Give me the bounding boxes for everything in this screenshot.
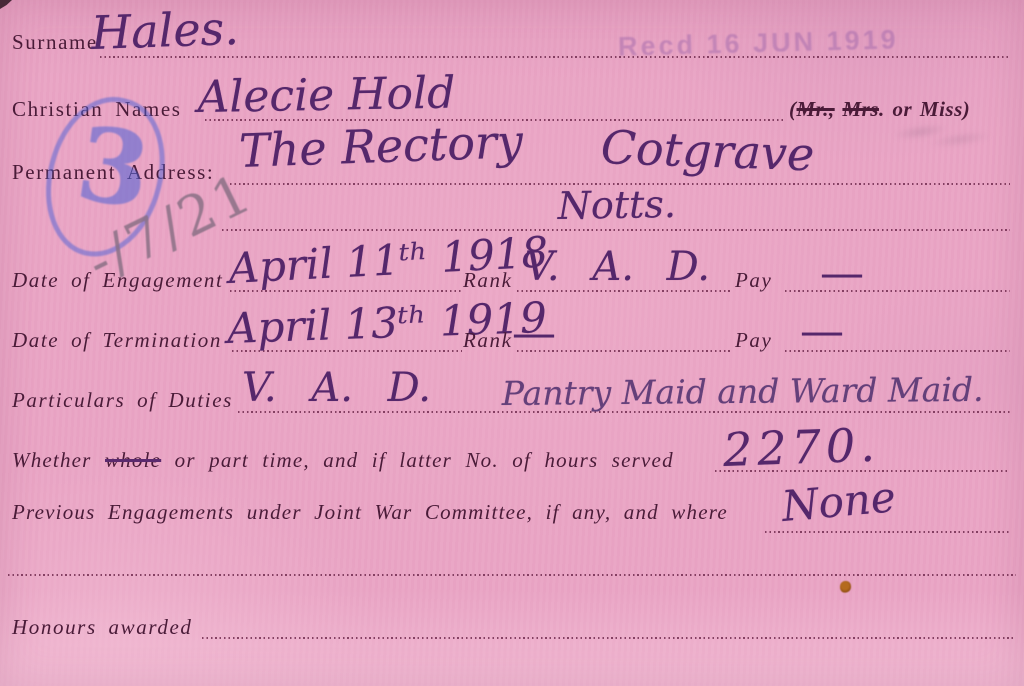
duties-label: Particulars of Duties [12,388,233,413]
title-mrs-struck: Mrs [842,97,879,121]
duties-value: Pantry Maid and Ward Maid. [502,370,984,413]
scan-corner-artifact [0,0,12,9]
part-time-label-post: or part time, and if latter No. of hours… [175,448,674,472]
termination-pay-value: — [800,306,844,357]
whole-word-struck: whole [105,448,161,472]
address-value-2: Cotgrave [600,120,815,181]
part-time-label-pre: Whether [12,448,92,472]
termination-pay-label: Pay [735,328,772,353]
termination-rank-label: Rank [463,328,513,353]
engagement-rank-label: Rank [463,268,513,293]
termination-label: Date of Termination [12,328,222,353]
previous-engagements-value: None [780,472,898,531]
engagement-pay-value: — [820,248,864,299]
record-card: Surname Hales. Recd 16 JUN 1919 Christia… [0,0,1024,686]
surname-line [100,56,1010,58]
previous-engagements-label: Previous Engagements under Joint War Com… [12,500,728,525]
previous-engagements-line [765,531,1010,533]
engagement-rank-value: V. A. D. [525,244,710,290]
christian-names-value: Alecie Hold [197,68,456,123]
address-value-3: Notts. [557,182,676,228]
engagement-pay-label: Pay [735,268,772,293]
address-line2 [222,229,1010,231]
honours-line [202,637,1016,639]
duties-rank-value: V. A. D. [242,365,431,411]
blank-line [8,574,1016,576]
part-time-label: Whether whole or part time, and if latte… [12,448,674,473]
hours-served-value: 2270. [722,418,880,477]
title-options: (Mr., Mrs. or Miss) [789,97,970,122]
surname-label: Surname [12,30,98,55]
address-value-1: The Rectory [238,114,524,178]
surname-value: Hales. [90,1,239,60]
title-miss: . or Miss) [879,97,970,121]
termination-rank-value: — [512,308,556,359]
title-mr-struck: Mr., [797,97,835,121]
engagement-line-b [517,290,730,292]
title-paren: ( [789,97,797,121]
engagement-label: Date of Engagement [12,268,223,293]
honours-label: Honours awarded [12,615,192,640]
stain-mark [840,581,851,593]
engagement-line-c [785,290,1010,292]
